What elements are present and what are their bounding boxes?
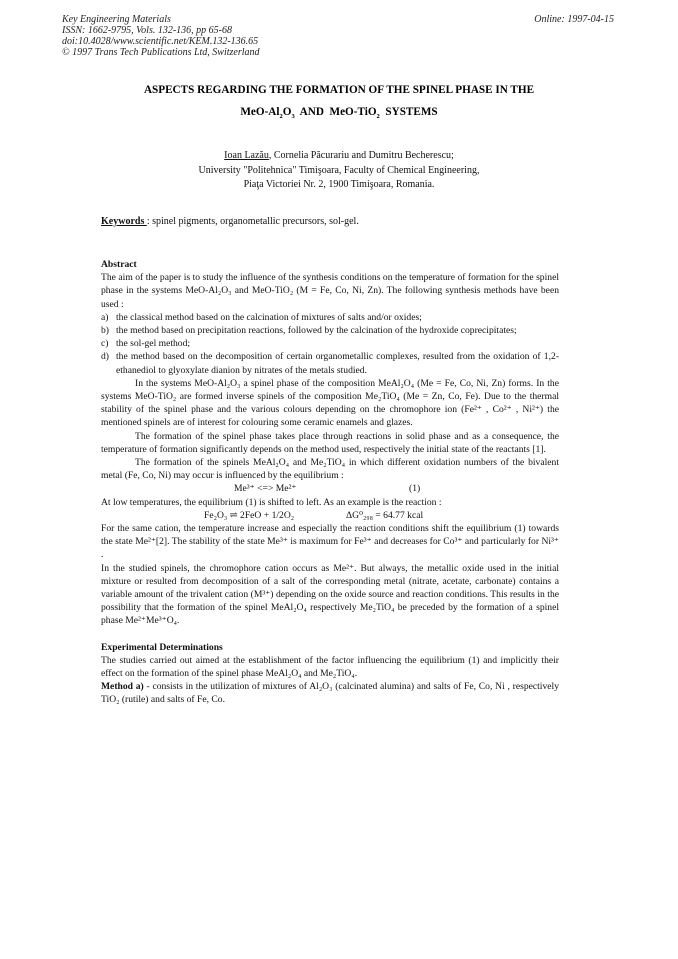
author-block: Ioan Lazău, Cornelia Păcurariu and Dumit…: [0, 149, 678, 193]
paragraph: For the same cation, the temperature inc…: [101, 522, 559, 562]
online-date: Online: 1997-04-15: [534, 14, 614, 25]
method-list-item: c)the sol-gel method;: [101, 337, 559, 350]
keywords-text: : spinel pigments, organometallic precur…: [147, 216, 359, 227]
paper-title-line2: MeO-Al2O3 AND MeO-TiO2 SYSTEMS: [0, 106, 678, 118]
journal-name: Key Engineering Materials: [62, 14, 260, 25]
method-list-item: a)the classical method based on the calc…: [101, 311, 559, 324]
method-a-paragraph: Method a) - consists in the utilization …: [101, 680, 559, 706]
keywords: Keywords : spinel pigments, organometall…: [101, 216, 359, 227]
method-list-item: d)the method based on the decomposition …: [101, 350, 559, 376]
title-part: SYSTEMS: [380, 106, 438, 118]
paragraph: The studies carried out aimed at the est…: [101, 654, 559, 680]
copyright-line: © 1997 Trans Tech Publications Ltd, Swit…: [62, 47, 260, 58]
paragraph: The formation of the spinel phase takes …: [101, 430, 559, 456]
list-marker: d): [101, 350, 116, 376]
co-authors: , Cornelia Păcurariu and Dumitru Bechere…: [269, 150, 454, 161]
list-text: the method based on precipitation reacti…: [116, 324, 559, 337]
affiliation-line2: Piaţa Victoriei Nr. 2, 1900 Timişoara, R…: [0, 178, 678, 193]
paragraph: In the studied spinels, the chromophore …: [101, 562, 559, 628]
method-text: - consists in the utilization of mixture…: [101, 681, 559, 705]
equation-1: Me³⁺ <=> Me²⁺ (1): [101, 482, 559, 495]
paper-title-line1: ASPECTS REGARDING THE FORMATION OF THE S…: [0, 84, 678, 96]
reaction-expression: Fe₂O₃ ⇌ 2FeO + 1/2O₂: [204, 509, 294, 522]
abstract-heading: Abstract: [101, 258, 559, 271]
list-text: the classical method based on the calcin…: [116, 311, 559, 324]
equation-2: Fe₂O₃ ⇌ 2FeO + 1/2O₂ ΔG⁰₂₉₈ = 64.77 kcal: [101, 509, 559, 522]
list-marker: c): [101, 337, 116, 350]
keywords-label: Keywords: [101, 216, 147, 227]
method-label: Method a): [101, 681, 144, 692]
list-text: the sol-gel method;: [116, 337, 559, 350]
affiliation-line1: University "Politehnica" Timişoara, Facu…: [0, 164, 678, 179]
paragraph: At low temperatures, the equilibrium (1)…: [101, 496, 559, 509]
list-marker: b): [101, 324, 116, 337]
issn-line: ISSN: 1662-9795, Vols. 132-136, pp 65-68: [62, 25, 260, 36]
title-part: AND MeO-TiO: [295, 106, 377, 118]
list-marker: a): [101, 311, 116, 324]
paragraph: The formation of the spinels MeAl₂O₄ and…: [101, 456, 559, 482]
spacer: [101, 628, 559, 641]
citation-header: Key Engineering Materials ISSN: 1662-979…: [62, 14, 260, 58]
list-text: the method based on the decomposition of…: [116, 350, 559, 376]
corresponding-author: Ioan Lazău: [224, 150, 269, 161]
doi-line: doi:10.4028/www.scientific.net/KEM.132-1…: [62, 36, 260, 47]
title-part: MeO-Al: [240, 106, 279, 118]
experimental-heading: Experimental Determinations: [101, 641, 559, 654]
method-list-item: b)the method based on precipitation reac…: [101, 324, 559, 337]
paragraph: In the systems MeO-Al₂O₃ a spinel phase …: [101, 377, 559, 430]
author-names: Ioan Lazău, Cornelia Păcurariu and Dumit…: [0, 149, 678, 164]
abstract-intro: The aim of the paper is to study the inf…: [101, 271, 559, 311]
gibbs-energy: ΔG⁰₂₉₈ = 64.77 kcal: [346, 509, 423, 522]
paper-body: Abstract The aim of the paper is to stud…: [101, 258, 559, 707]
equation-number: (1): [409, 482, 420, 495]
equation-expression: Me³⁺ <=> Me²⁺: [234, 482, 297, 495]
